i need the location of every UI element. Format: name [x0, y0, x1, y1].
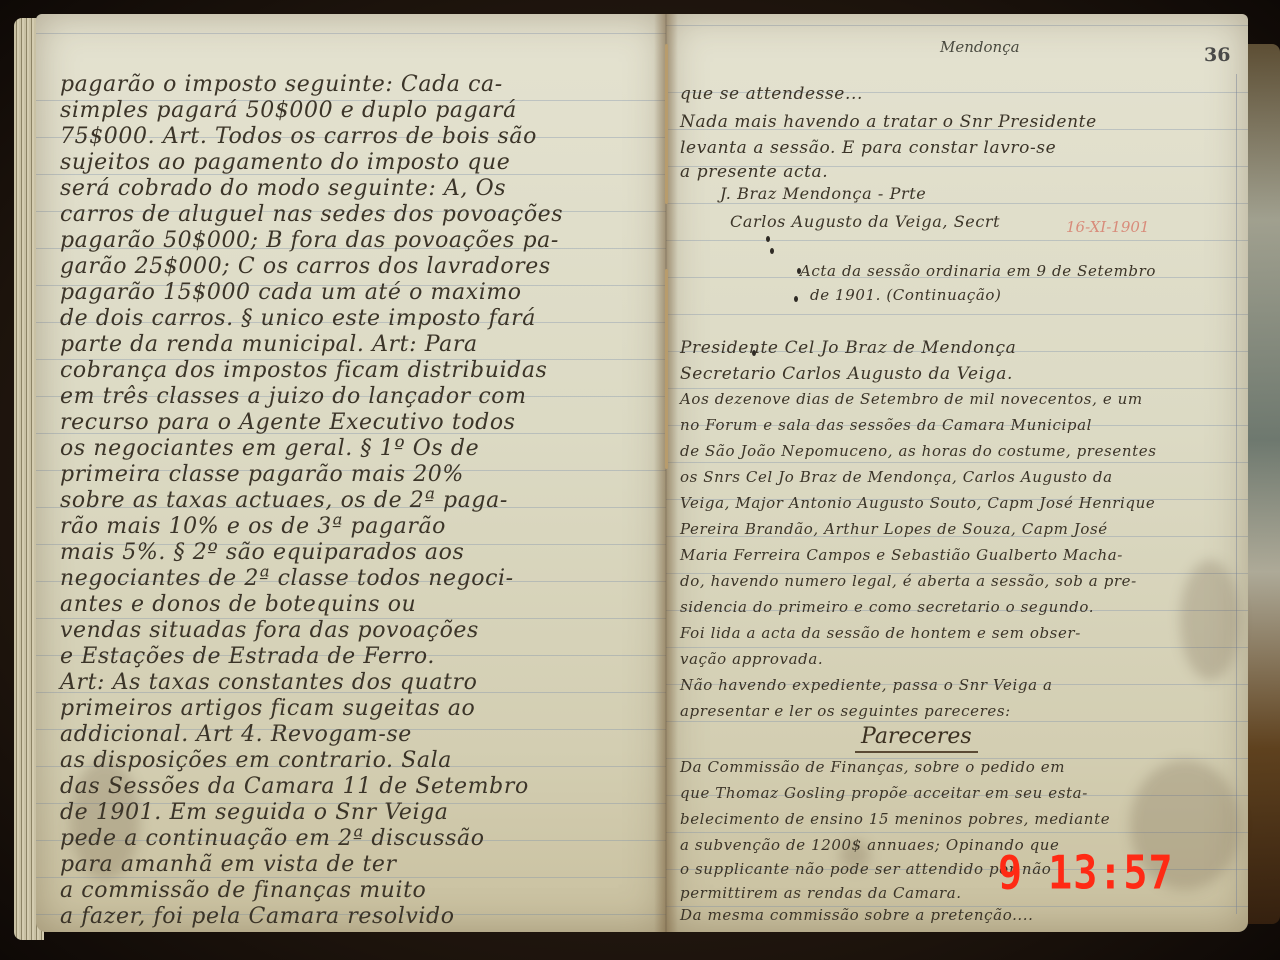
- red-annotation: 16-XI-1901: [1066, 218, 1149, 236]
- handwritten-line: Foi lida a acta da sessão de hontem e se…: [680, 624, 1081, 642]
- handwritten-line: das Sessões da Camara 11 de Setembro: [60, 774, 529, 799]
- ink-blot: [770, 248, 774, 254]
- handwritten-line: garão 25$000; C os carros dos lavradores: [60, 254, 551, 279]
- handwritten-line: mais 5%. § 2º são equiparados aos: [60, 540, 464, 565]
- handwritten-line: rão mais 10% e os de 3ª pagarão: [60, 514, 446, 539]
- handwritten-line: Maria Ferreira Campos e Sebastião Gualbe…: [680, 546, 1123, 564]
- handwritten-line: levanta a sessão. E para constar lavro-s…: [680, 138, 1056, 158]
- handwritten-line: do, havendo numero legal, é aberta a ses…: [680, 572, 1137, 590]
- handwritten-line: de dois carros. § unico este imposto far…: [60, 306, 536, 331]
- handwritten-line: simples pagará 50$000 e duplo pagará: [60, 98, 517, 123]
- handwritten-line: sujeitos ao pagamento do imposto que: [60, 150, 510, 175]
- handwritten-line: Nada mais havendo a tratar o Snr Preside…: [680, 112, 1097, 132]
- binding-thread: [665, 44, 668, 204]
- handwritten-line: apresentar e ler os seguintes pareceres:: [680, 702, 1011, 720]
- handwritten-line: a fazer, foi pela Camara resolvido: [60, 904, 455, 929]
- handwritten-line: cobrança dos impostos ficam distribuidas: [60, 358, 547, 383]
- handwritten-line: Da Commissão de Finanças, sobre o pedido…: [680, 758, 1065, 776]
- handwritten-line: Secretario Carlos Augusto da Veiga.: [680, 364, 1013, 384]
- handwritten-line: para amanhã em vista de ter: [60, 852, 397, 877]
- binding-thread: [665, 269, 668, 469]
- handwritten-line: em três classes a juizo do lançador com: [60, 384, 527, 409]
- handwritten-line: que Thomaz Gosling propõe acceitar em se…: [680, 784, 1088, 802]
- handwritten-line: recurso para o Agente Executivo todos: [60, 410, 516, 435]
- ink-blot: [794, 296, 798, 302]
- minutes-title-continued: de 1901. (Continuação): [810, 286, 1002, 304]
- handwritten-line: será cobrado do modo seguinte: A, Os: [60, 176, 506, 201]
- handwritten-line: as disposições em contrario. Sala: [60, 748, 452, 773]
- handwritten-line: a presente acta.: [680, 162, 828, 182]
- handwritten-line: vendas situadas fora das povoações: [60, 618, 479, 643]
- handwritten-line: primeiros artigos ficam sugeitas ao: [60, 696, 475, 721]
- handwritten-line: 75$000. Art. Todos os carros de bois são: [60, 124, 537, 149]
- handwritten-line: que se attendesse...: [680, 84, 863, 104]
- section-heading-pareceres: Pareceres: [855, 724, 978, 753]
- handwritten-line: o supplicante não pode ser attendido por…: [680, 860, 1051, 878]
- worn-page-edge: [1248, 44, 1280, 924]
- handwritten-line: os negociantes em geral. § 1º Os de: [60, 436, 479, 461]
- ink-blot: [766, 236, 770, 242]
- handwritten-line: sidencia do primeiro e como secretario o…: [680, 598, 1094, 616]
- handwritten-line: addicional. Art 4. Revogam-se: [60, 722, 412, 747]
- handwritten-line: Presidente Cel Jo Braz de Mendonça: [680, 338, 1016, 358]
- handwritten-line: vação approvada.: [680, 650, 823, 668]
- handwritten-line: no Forum e sala das sessões da Camara Mu…: [680, 416, 1092, 434]
- signature-secretary: Carlos Augusto da Veiga, Secrt: [730, 212, 1000, 231]
- page-number: 36: [1204, 44, 1230, 66]
- age-stain: [1180, 560, 1240, 680]
- handwritten-line: pagarão 15$000 cada um até o maximo: [60, 280, 522, 305]
- handwritten-line: sobre as taxas actuaes, os de 2ª paga-: [60, 488, 508, 513]
- margin-rule: [1236, 74, 1237, 914]
- handwritten-line: permittirem as rendas da Camara.: [680, 884, 962, 902]
- handwritten-line: Pereira Brandão, Arthur Lopes de Souza, …: [680, 520, 1108, 538]
- handwritten-line: pagarão 50$000; B fora das povoações pa-: [60, 228, 559, 253]
- handwritten-line: a commissão de finanças muito: [60, 878, 426, 903]
- handwritten-line: antes e donos de botequins ou: [60, 592, 416, 617]
- handwritten-line: e Estações de Estrada de Ferro.: [60, 644, 435, 669]
- handwritten-line: Da mesma commissão sobre a pretenção....: [680, 906, 1034, 924]
- ink-blot: [797, 268, 801, 274]
- handwritten-line: de 1901. Em seguida o Snr Veiga: [60, 800, 449, 825]
- handwritten-line: Art: As taxas constantes dos quatro: [60, 670, 477, 695]
- handwritten-line: Não havendo expediente, passa o Snr Veig…: [680, 676, 1053, 694]
- signature-president: J. Braz Mendonça - Prte: [720, 184, 926, 203]
- handwritten-line: belecimento de ensino 15 meninos pobres,…: [680, 810, 1110, 828]
- handwritten-line: parte da renda municipal. Art: Para: [60, 332, 478, 357]
- minutes-title: Acta da sessão ordinaria em 9 de Setembr…: [800, 262, 1156, 280]
- handwritten-line: carros de aluguel nas sedes dos povoaçõe…: [60, 202, 563, 227]
- handwritten-line: pede a continuação em 2ª discussão: [60, 826, 485, 851]
- handwritten-line: pagarão o imposto seguinte: Cada ca-: [60, 72, 503, 97]
- camera-timestamp: 9 13:57: [998, 847, 1174, 900]
- page-header-handwriting: Mendonça: [940, 38, 1020, 56]
- handwritten-line: Veiga, Major Antonio Augusto Souto, Capm…: [680, 494, 1155, 512]
- handwritten-line: primeira classe pagarão mais 20%: [60, 462, 464, 487]
- handwritten-line: Aos dezenove dias de Setembro de mil nov…: [680, 390, 1143, 408]
- ink-blot: [752, 350, 756, 356]
- handwritten-line: negociantes de 2ª classe todos negoci-: [60, 566, 514, 591]
- handwritten-line: os Snrs Cel Jo Braz de Mendonça, Carlos …: [680, 468, 1113, 486]
- handwritten-line: de São João Nepomuceno, as horas do cost…: [680, 442, 1157, 460]
